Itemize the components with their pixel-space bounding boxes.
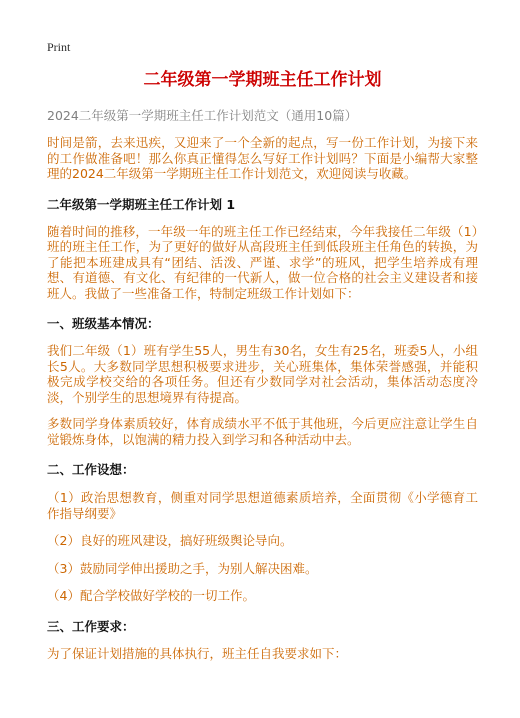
article-heading: 二年级第一学期班主任工作计划 1 [47, 197, 478, 213]
section-2-heading: 二、工作设想： [47, 462, 478, 478]
document-subtitle: 2024二年级第一学期班主任工作计划范文（通用10篇） [47, 108, 478, 124]
section-1-heading: 一、班级基本情况： [47, 316, 478, 332]
section-3-paragraph-1: 为了保证计划措施的具体执行，班主任自我要求如下： [47, 646, 478, 662]
section-1-paragraph-1: 我们二年级（1）班有学生55人，男生有30名，女生有25名，班委5人，小组长5人… [47, 343, 478, 405]
document-title: 二年级第一学期班主任工作计划 [47, 68, 478, 92]
work-idea-item-2: （2）良好的班风建设，搞好班级舆论导向。 [47, 533, 478, 549]
work-idea-item-3: （3）鼓励同学伸出援助之手，为别人解决困难。 [47, 561, 478, 577]
intro-paragraph: 时间是箭，去来迅疾，又迎来了一个全新的起点，写一份工作计划，为接下来的工作做准备… [47, 135, 478, 182]
document-page: Print 二年级第一学期班主任工作计划 2024二年级第一学期班主任工作计划范… [0, 0, 520, 718]
work-idea-item-1: （1）政治思想教育，侧重对同学思想道德素质培养，全面贯彻《小学德育工作指导纲要》 [47, 490, 478, 521]
article-overview-paragraph: 随着时间的推移，一年级一年的班主任工作已经结束，今年我接任二年级（1）班的班主任… [47, 224, 478, 302]
section-3-heading: 三、工作要求： [47, 619, 478, 635]
work-idea-item-4: （4）配合学校做好学校的一切工作。 [47, 588, 478, 604]
section-1-paragraph-2: 多数同学身体素质较好，体育成绩水平不低于其他班，今后更应注意让学生自觉锻炼身体，… [47, 416, 478, 447]
print-link[interactable]: Print [47, 40, 70, 55]
